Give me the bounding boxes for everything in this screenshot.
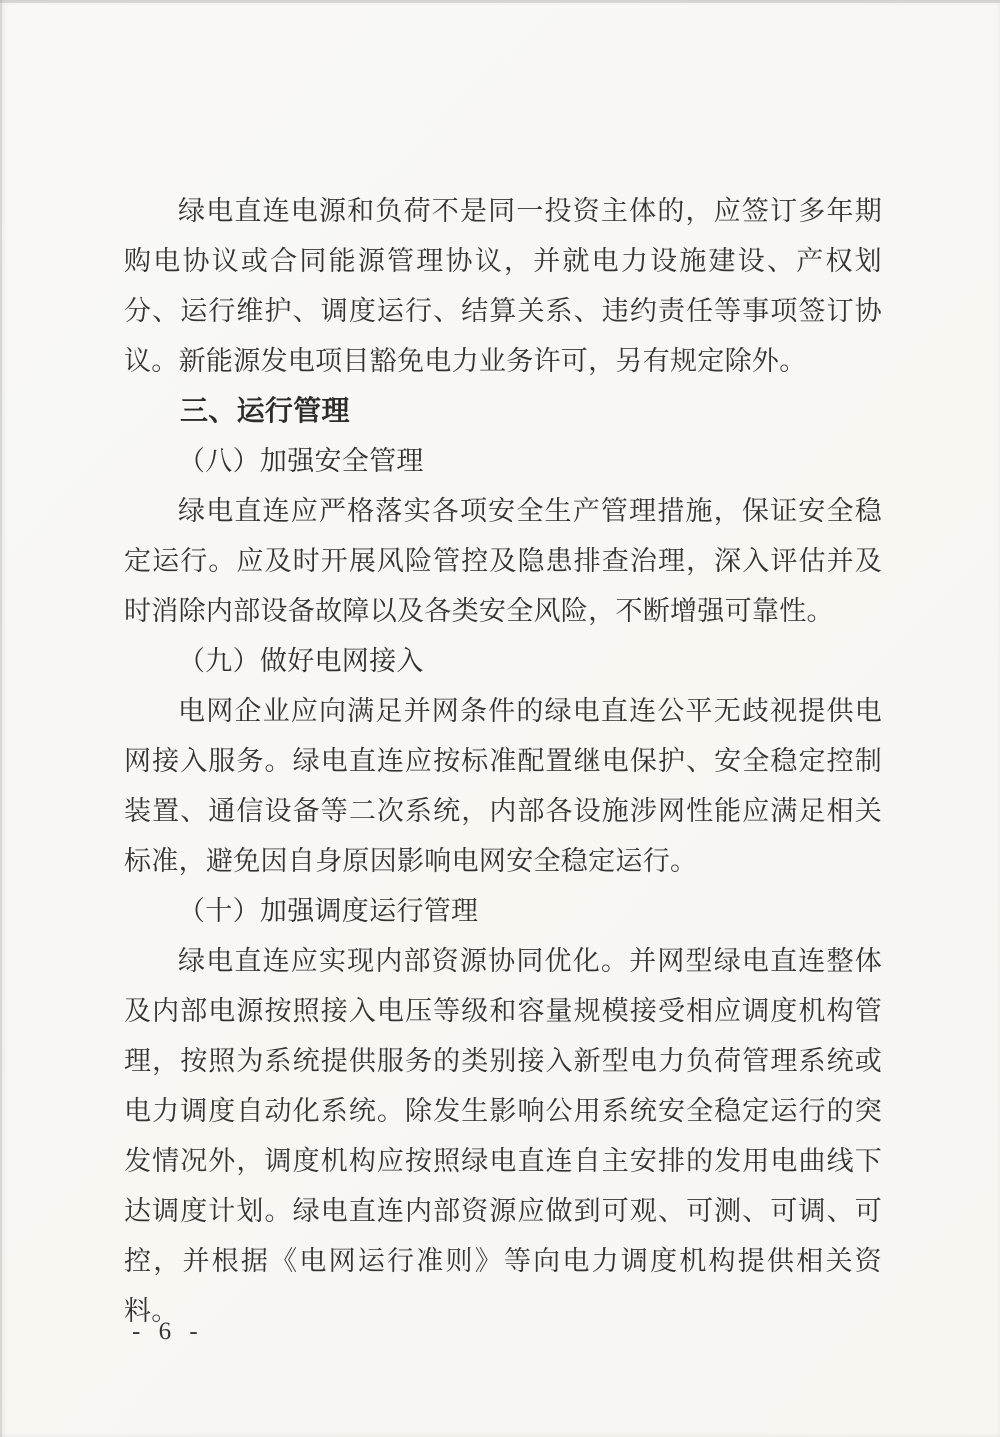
paragraph-dispatch-operations: 绿电直连应实现内部资源协同优化。并网型绿电直连整体及内部电源按照接入电压等级和容… (124, 936, 882, 1336)
subsection-heading-strengthen-safety-management: （八）加强安全管理 (124, 436, 882, 486)
scan-edge-artifact-left (0, 0, 2, 1437)
paragraph-safety-management: 绿电直连应严格落实各项安全生产管理措施，保证安全稳定运行。应及时开展风险管控及隐… (124, 486, 882, 636)
paragraph-grid-access: 电网企业应向满足并网条件的绿电直连公平无歧视提供电网接入服务。绿电直连应按标准配… (124, 686, 882, 886)
paragraph-power-purchase-agreement: 绿电直连电源和负荷不是同一投资主体的，应签订多年期购电协议或合同能源管理协议，并… (124, 186, 882, 386)
scanned-document-page: 绿电直连电源和负荷不是同一投资主体的，应签订多年期购电协议或合同能源管理协议，并… (0, 0, 1000, 1437)
subsection-heading-grid-access: （九）做好电网接入 (124, 636, 882, 686)
section-heading-operations-management: 三、运行管理 (124, 386, 882, 436)
page-number: - 6 - (132, 1318, 204, 1346)
document-text-block: 绿电直连电源和负荷不是同一投资主体的，应签订多年期购电协议或合同能源管理协议，并… (124, 186, 882, 1336)
subsection-heading-dispatch-operations-management: （十）加强调度运行管理 (124, 886, 882, 936)
scan-edge-artifact-top (0, 0, 1000, 3)
